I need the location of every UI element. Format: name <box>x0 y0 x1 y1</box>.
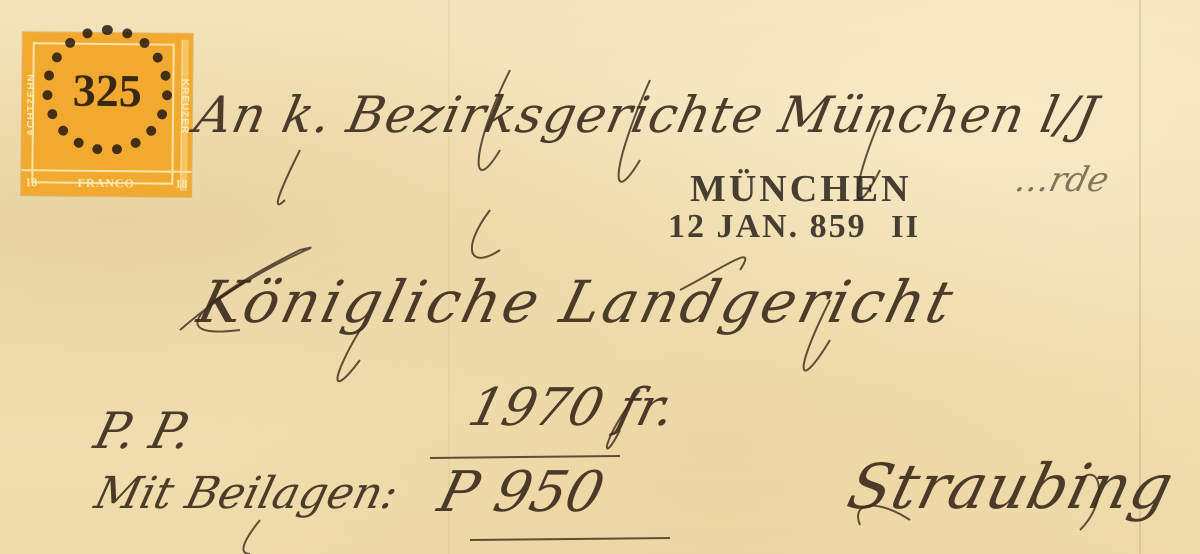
postmark-city: MÜNCHEN <box>690 170 920 208</box>
amount-2: P 950 <box>432 460 611 525</box>
note-line-1: P. P. <box>89 402 198 460</box>
destination: Straubing <box>841 450 1181 523</box>
stamp-bottom-panel: 18 FRANCO 18 <box>21 169 191 195</box>
stamp-side-text-left: ACHTZEHN <box>25 44 44 165</box>
stamp-value-left: 18 <box>25 175 37 190</box>
trailing-text: …rde <box>1011 160 1113 200</box>
envelope-cover: ACHTZEHN KREUZER 18 FRANCO 18 325 MÜNCHE… <box>0 0 1200 554</box>
address-line-2: Königliche Landgericht <box>192 268 963 336</box>
postage-stamp: ACHTZEHN KREUZER 18 FRANCO 18 325 <box>21 32 193 197</box>
note-line-2: Mit Beilagen: <box>90 468 404 519</box>
address-line-1: An k. Bezirksgerichte München l/J <box>190 86 1104 144</box>
stamp-cancellation: 325 <box>42 24 173 155</box>
cancel-number: 325 <box>72 63 142 117</box>
postmark-code: II <box>891 208 920 244</box>
stamp-label: FRANCO <box>78 175 135 191</box>
postmark: MÜNCHEN 12 JAN. 859 II <box>668 170 920 244</box>
stamp-side-text-right: KREUZER <box>171 46 190 167</box>
amount-1: 1970 fr. <box>463 378 682 438</box>
stamp-value-right: 18 <box>175 176 187 191</box>
postmark-date: 12 JAN. 859 <box>668 208 867 245</box>
postmark-date-row: 12 JAN. 859 II <box>668 210 920 244</box>
